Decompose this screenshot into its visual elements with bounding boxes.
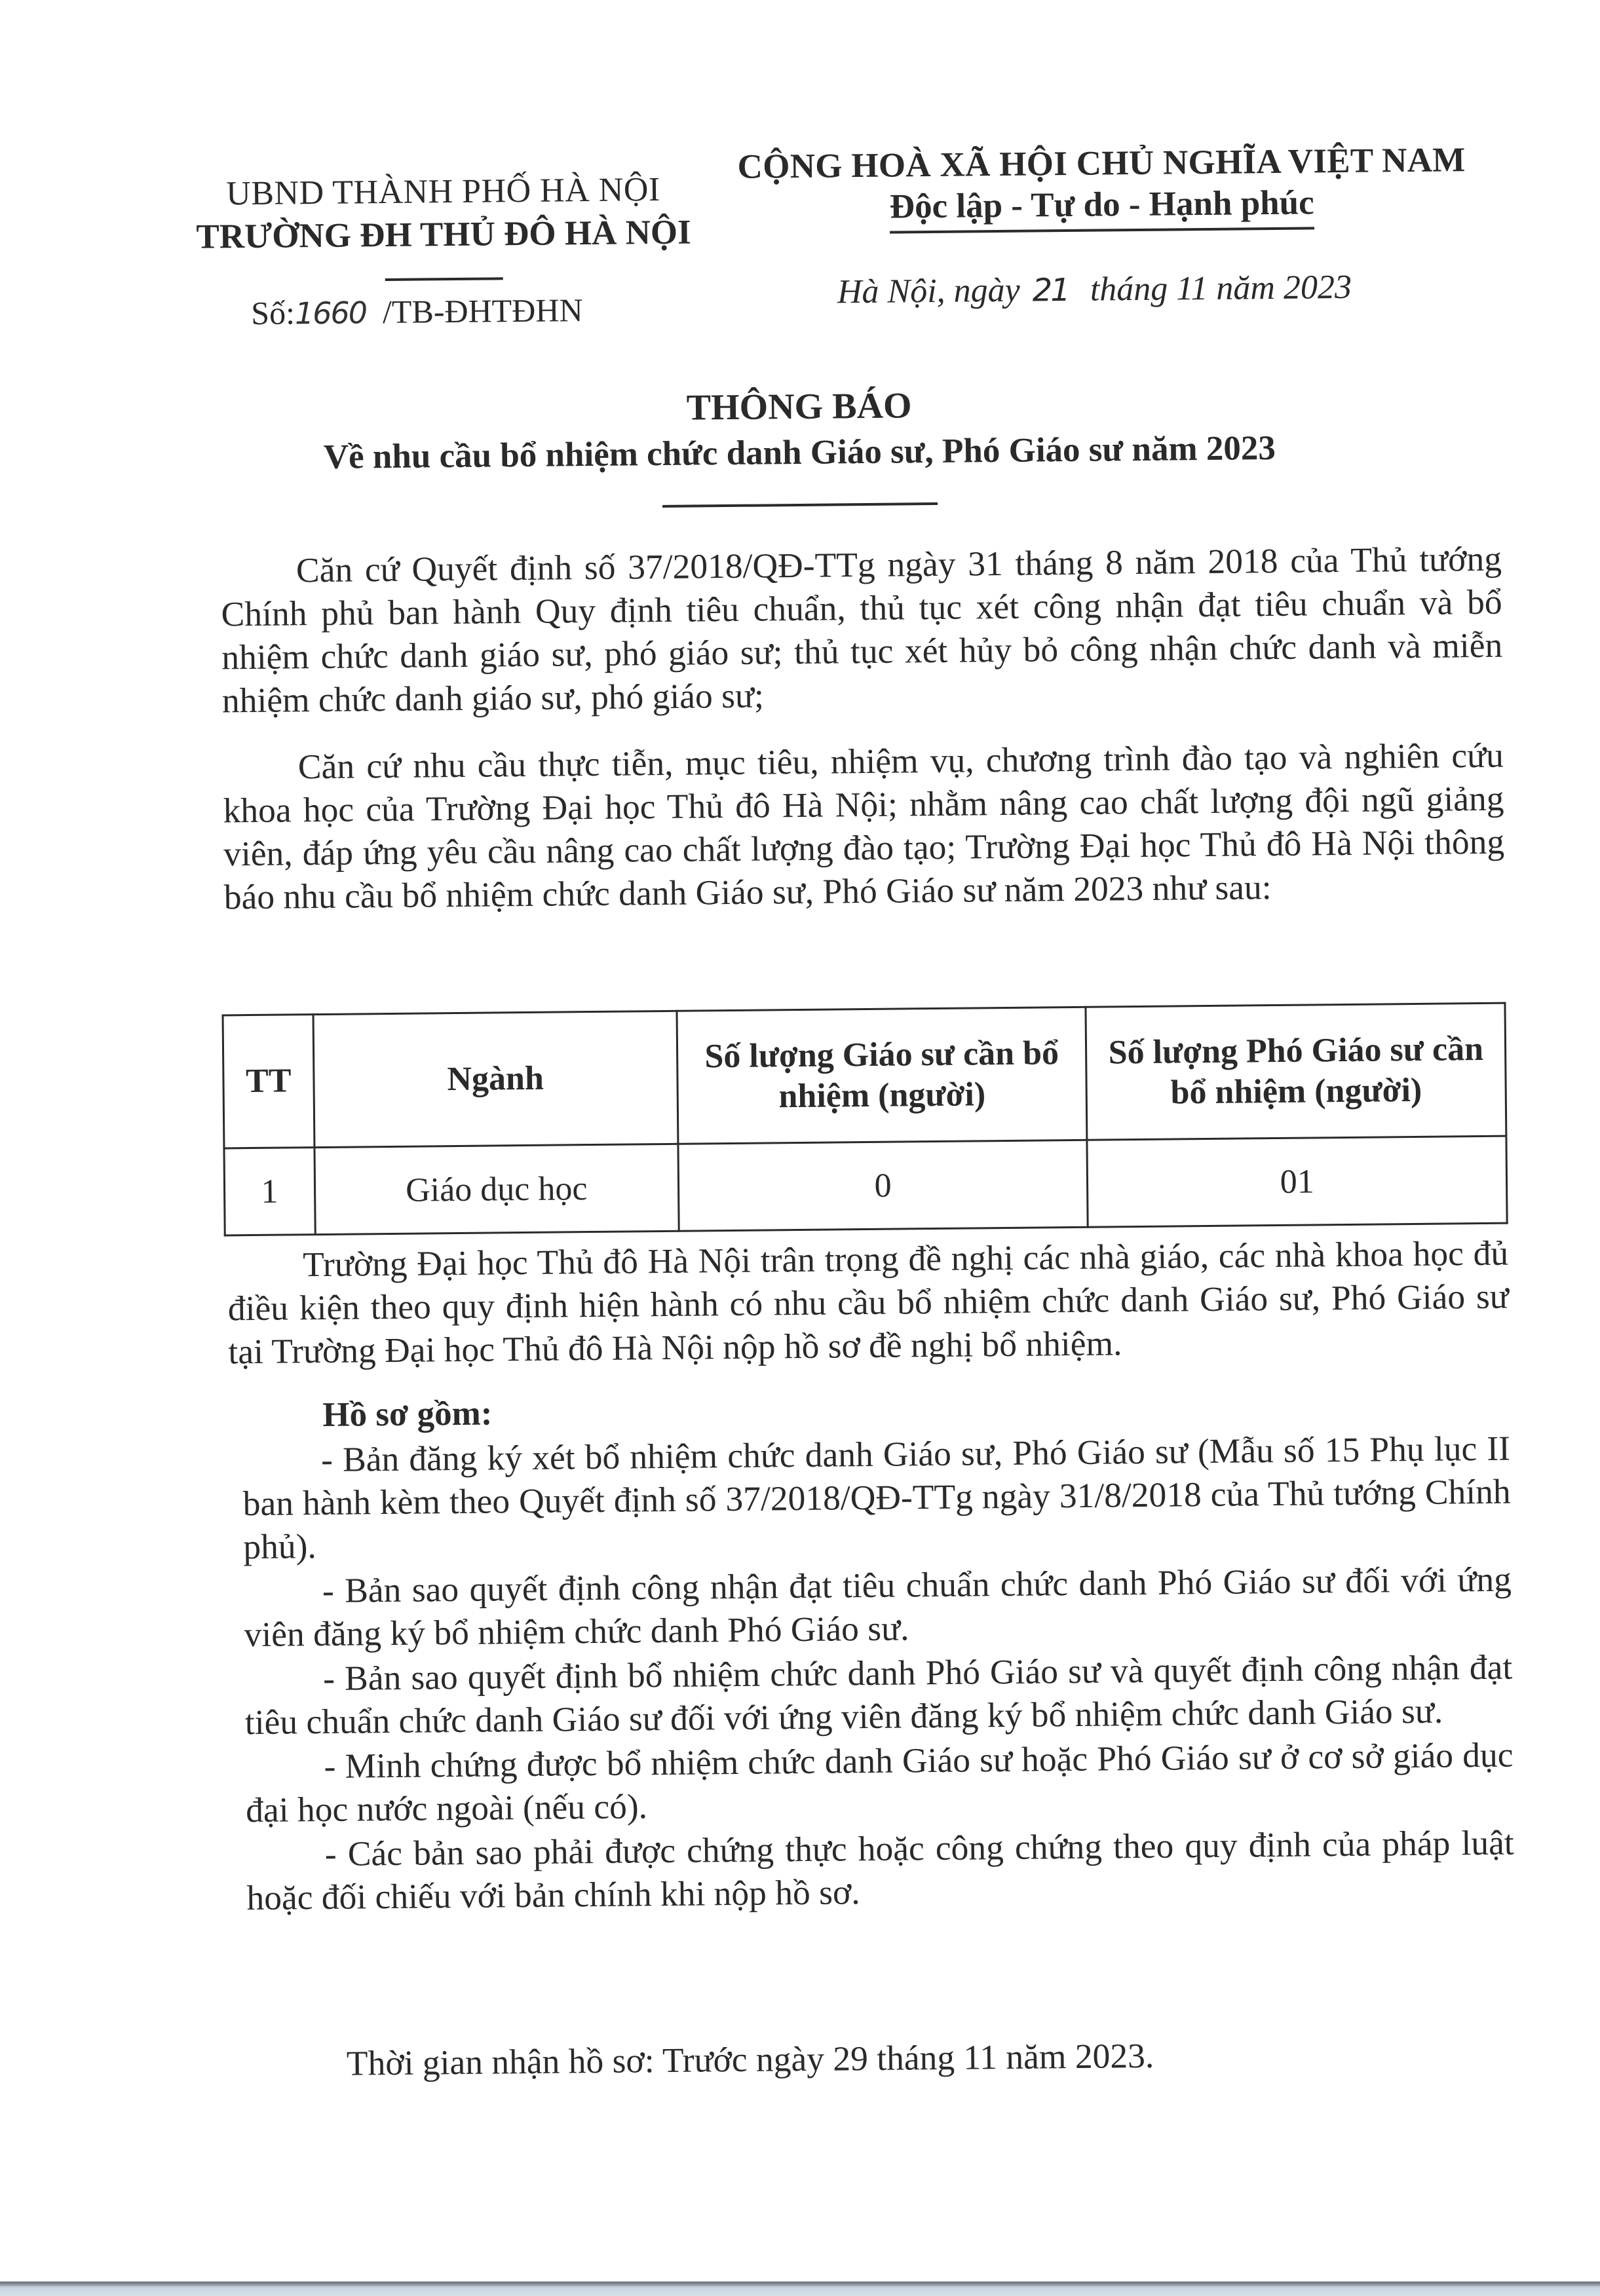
issuing-authority-block: UBND THÀNH PHỐ HÀ NỘI TRƯỜNG ĐH THỦ ĐÔ H… — [181, 168, 706, 283]
submission-deadline: Thời gian nhận hồ sơ: Trước ngày 29 thán… — [347, 2034, 1154, 2085]
header-field: Ngành — [313, 1011, 678, 1147]
list-item: - Bản đăng ký xét bổ nhiệm chức danh Giá… — [242, 1427, 1512, 1569]
document-title-block: THÔNG BÁO Về nhu cầu bổ nhiệm chức danh … — [216, 377, 1383, 512]
document-number-suffix: /TB-ĐHTĐHN — [383, 292, 583, 330]
cell-assoc-professor-count: 01 — [1087, 1136, 1507, 1227]
document-number-prefix: Số: — [251, 294, 295, 331]
table-row: 1 Giáo dục học 0 01 — [224, 1136, 1507, 1235]
cell-professor-count: 0 — [678, 1140, 1088, 1231]
national-motto: Độc lập - Tự do - Hạnh phúc — [889, 182, 1314, 233]
place-and-date: Hà Nội, ngày 21 tháng 11 năm 2023 — [837, 267, 1352, 314]
date-day-handwritten: 21 — [1028, 272, 1082, 309]
cell-no: 1 — [224, 1148, 315, 1235]
page-content: UBND THÀNH PHỐ HÀ NỘI TRƯỜNG ĐH THỦ ĐÔ H… — [0, 0, 1600, 2281]
header-assoc-professor-count: Số lượng Phó Giáo sư cần bổ nhiệm (người… — [1086, 1003, 1506, 1140]
date-prefix: Hà Nội, ngày — [837, 272, 1020, 311]
scanned-page: UBND THÀNH PHỐ HÀ NỘI TRƯỜNG ĐH THỦ ĐÔ H… — [0, 0, 1600, 2296]
date-suffix: tháng 11 năm 2023 — [1090, 269, 1352, 309]
paragraph-invitation: Trường Đại học Thủ đô Hà Nội trân trọng … — [227, 1232, 1510, 1374]
paragraph-text: Căn cứ Quyết định số 37/2018/QĐ-TTg ngày… — [221, 537, 1503, 723]
paragraph-needs: Căn cứ nhu cầu thực tiễn, mục tiêu, nhiệ… — [223, 734, 1505, 919]
national-title: CỘNG HOÀ XÃ HỘI CHỦ NGHĨA VIỆT NAM — [712, 139, 1492, 188]
list-item: - Bản sao quyết định bổ nhiệm chức danh … — [244, 1646, 1513, 1744]
list-item: - Bản sao quyết định công nhận đạt tiêu … — [244, 1558, 1512, 1657]
national-heading-block: CỘNG HOÀ XÃ HỘI CHỦ NGHĨA VIỆT NAM Độc l… — [712, 139, 1492, 235]
header-no: TT — [223, 1015, 314, 1148]
documents-heading: Hồ sơ gồm: — [322, 1392, 493, 1437]
list-item: - Các bản sao phải được chứng thực hoặc … — [246, 1821, 1515, 1920]
parent-agency: UBND THÀNH PHỐ HÀ NỘI — [181, 168, 706, 216]
paragraph-text: Trường Đại học Thủ đô Hà Nội trân trọng … — [227, 1232, 1510, 1374]
documents-list: - Bản đăng ký xét bổ nhiệm chức danh Giá… — [242, 1427, 1515, 1921]
document-number-handwritten: 1660 — [295, 295, 367, 331]
cell-field: Giáo dục học — [314, 1144, 679, 1234]
appointment-needs-table: TT Ngành Số lượng Giáo sư cần bổ nhiệm (… — [222, 1002, 1508, 1237]
list-item: - Minh chứng được bổ nhiệm chức danh Giá… — [245, 1733, 1514, 1832]
table-header-row: TT Ngành Số lượng Giáo sư cần bổ nhiệm (… — [223, 1003, 1506, 1148]
header-professor-count: Số lượng Giáo sư cần bổ nhiệm (người) — [677, 1007, 1088, 1144]
school-name: TRƯỜNG ĐH THỦ ĐÔ HÀ NỘI — [181, 211, 706, 258]
paragraph-text: Căn cứ nhu cầu thực tiễn, mục tiêu, nhiệ… — [223, 734, 1505, 919]
document-number: Số:1660 /TB-ĐHTĐHN — [251, 290, 583, 333]
scanner-edge — [0, 2282, 1600, 2296]
paragraph-legal-basis: Căn cứ Quyết định số 37/2018/QĐ-TTg ngày… — [221, 537, 1503, 723]
title-divider-line — [662, 502, 938, 508]
divider-line — [385, 277, 503, 281]
